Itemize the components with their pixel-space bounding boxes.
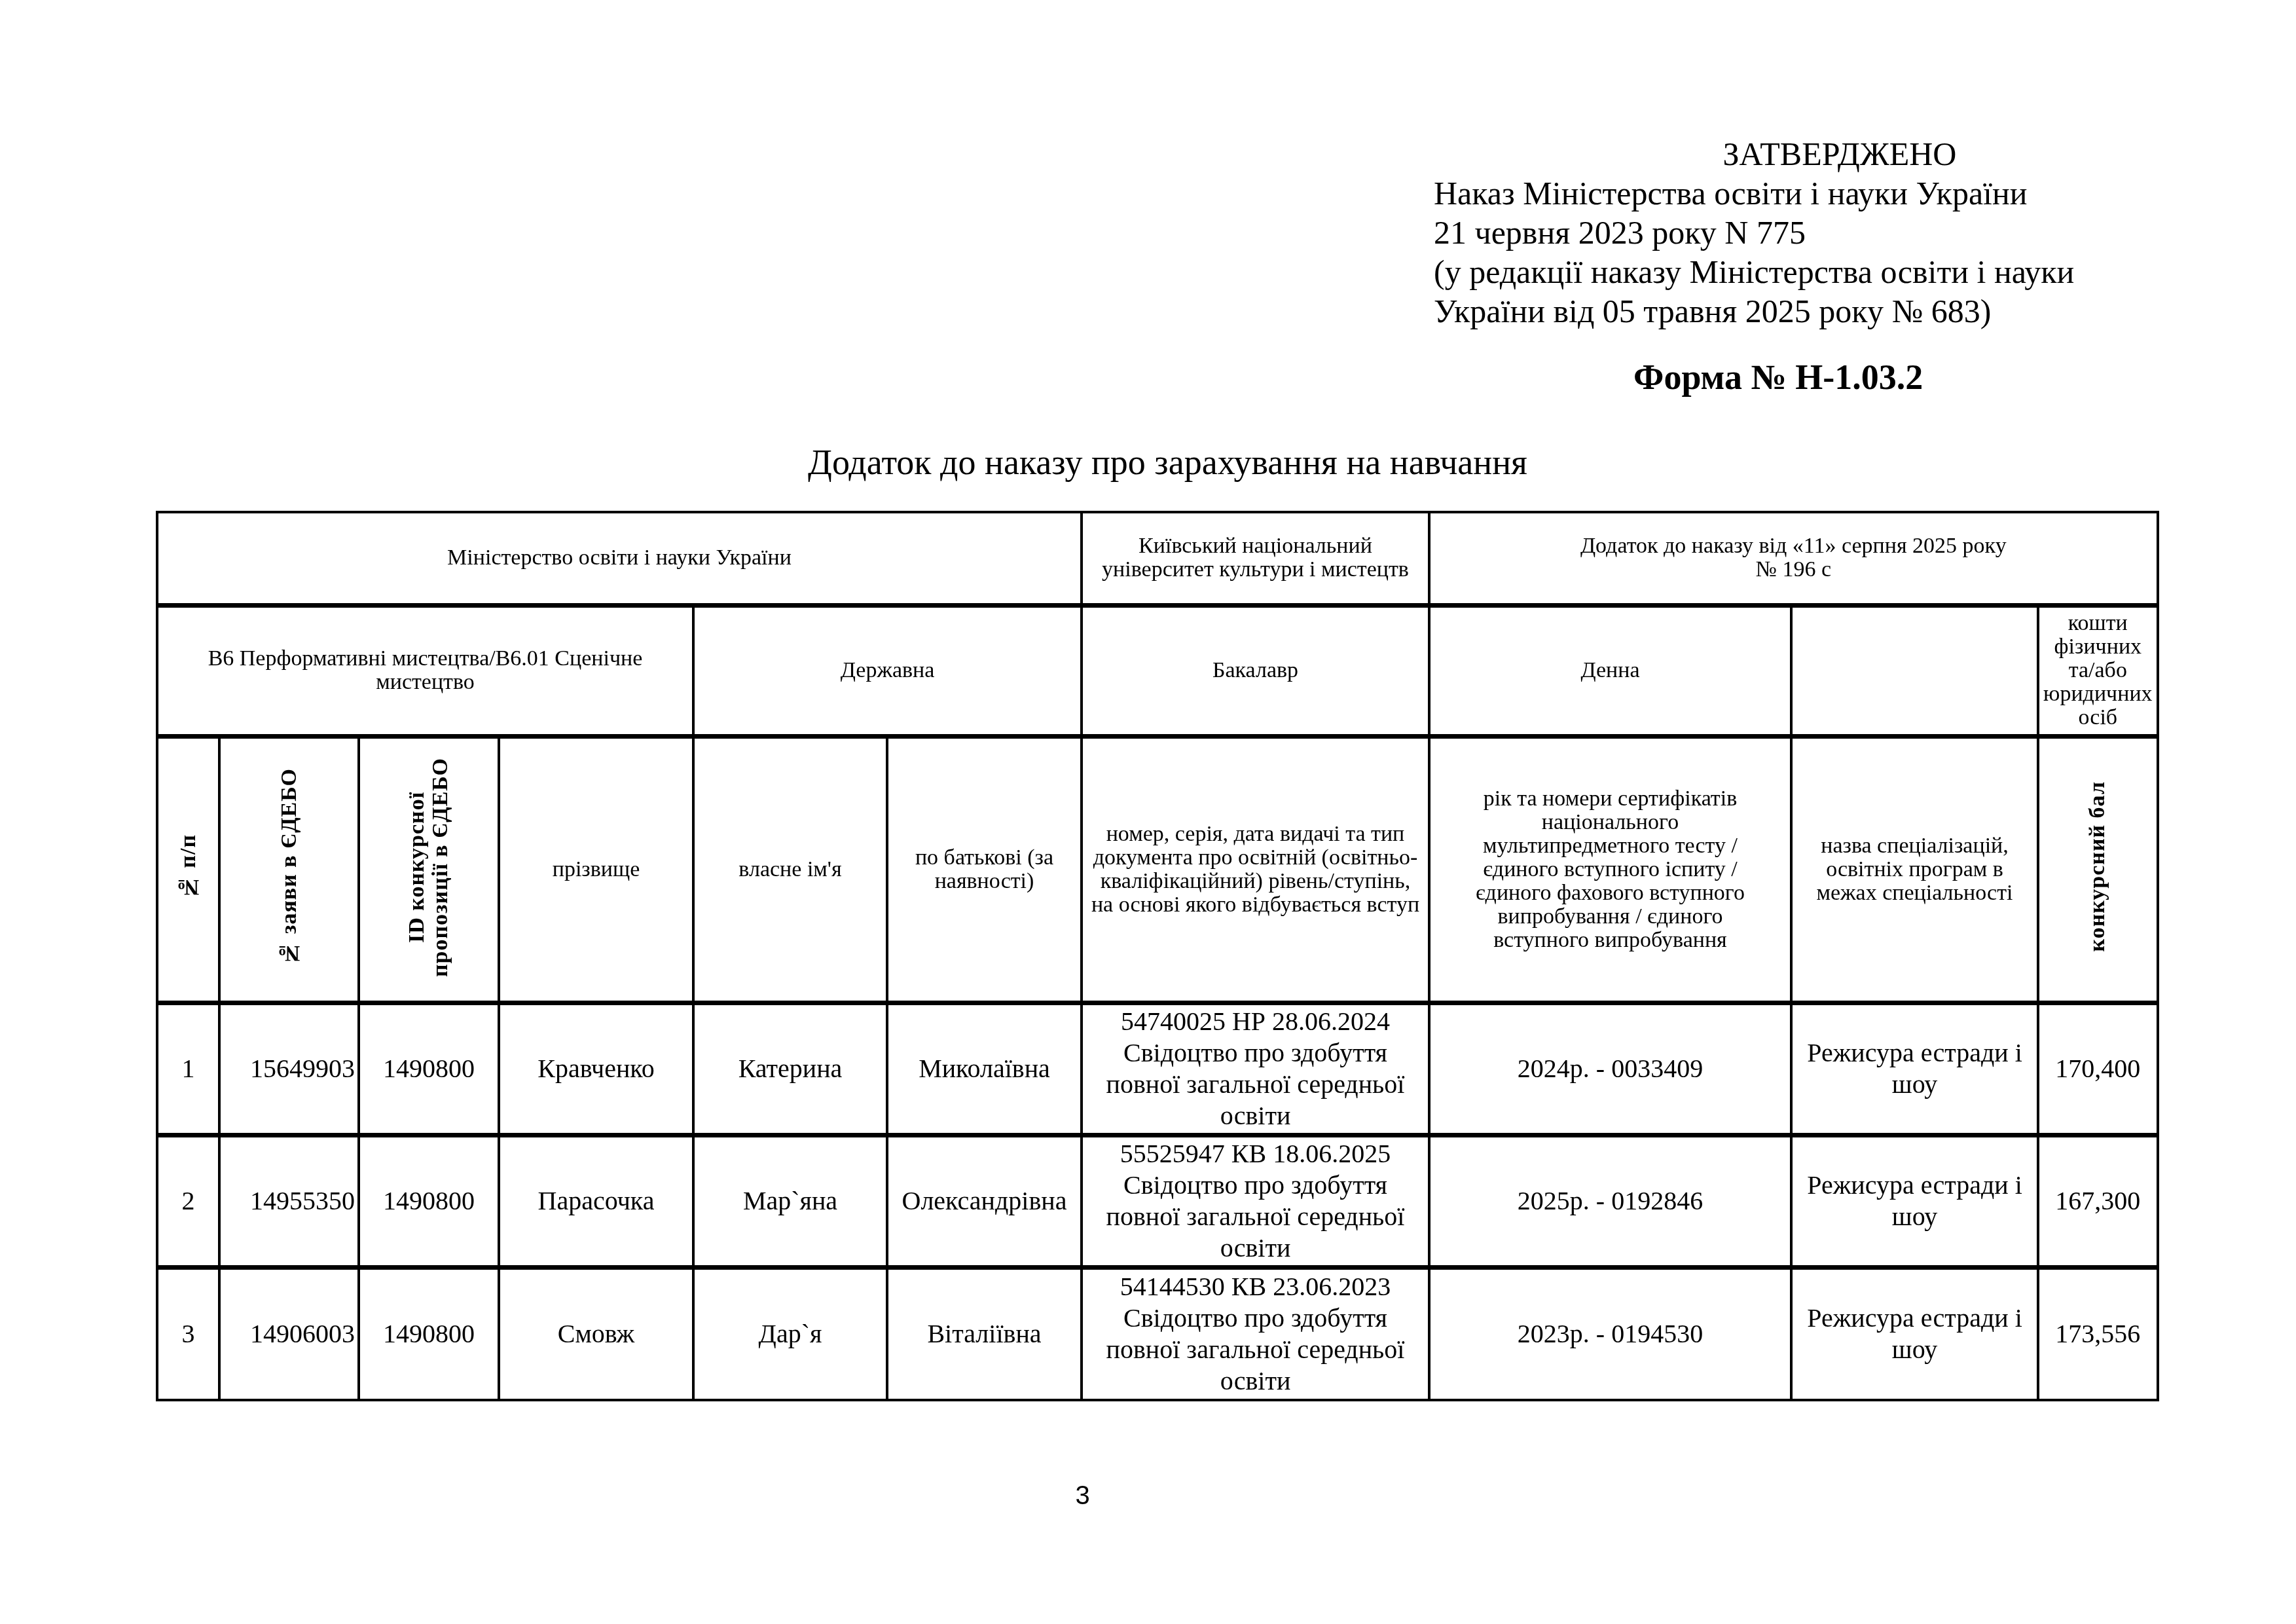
first-name: Катерина bbox=[693, 1003, 887, 1135]
program: Режисура естради і шоу bbox=[1791, 1267, 2038, 1400]
col-header-no-text: № п/п bbox=[177, 834, 200, 899]
row-number: 2 bbox=[157, 1135, 219, 1267]
education-document: 55525947 КВ 18.06.2025 Свідоцтво про здо… bbox=[1082, 1135, 1429, 1267]
approval-block: ЗАТВЕРДЖЕНО Наказ Міністерства освіти і … bbox=[1434, 134, 2219, 331]
approval-line: України від 05 травня 2025 року № 683) bbox=[1434, 291, 2219, 331]
study-form-cell: Денна bbox=[1429, 605, 1791, 736]
col-header-application: № заяви в ЄДЕБО bbox=[219, 736, 359, 1003]
competitive-score: 173,556 bbox=[2038, 1267, 2158, 1400]
empty-cell bbox=[1791, 605, 2038, 736]
header-row-institution: Міністерство освіти і науки України Київ… bbox=[157, 512, 2158, 605]
application-number: 14906003 bbox=[219, 1267, 359, 1400]
surname: Кравченко bbox=[499, 1003, 693, 1135]
certificates: 2023р. - 0194530 bbox=[1429, 1267, 1791, 1400]
education-document: 54144530 КВ 23.06.2023 Свідоцтво про здо… bbox=[1082, 1267, 1429, 1400]
page-number: 3 bbox=[0, 1481, 2165, 1511]
col-header-name: власне ім'я bbox=[693, 736, 887, 1003]
document-title: Додаток до наказу про зарахування на нав… bbox=[0, 442, 2296, 483]
col-header-document: номер, серія, дата видачі та тип докумен… bbox=[1082, 736, 1429, 1003]
col-header-certificates: рік та номери сертифікатів національного… bbox=[1429, 736, 1791, 1003]
form-number: Форма № Н-1.03.2 bbox=[1633, 357, 1923, 397]
header-row-program: В6 Перформативні мистецтва/В6.01 Сценічн… bbox=[157, 605, 2158, 736]
col-header-score: конкурсний бал bbox=[2038, 736, 2158, 1003]
col-header-application-text: № заяви в ЄДЕБО bbox=[278, 768, 301, 965]
approval-line: Наказ Міністерства освіти і науки Україн… bbox=[1434, 174, 2219, 213]
competitive-score: 170,400 bbox=[2038, 1003, 2158, 1135]
col-header-offer-id-text: ID конкурсної пропозиції в ЄДЕБО bbox=[405, 756, 452, 978]
patronymic: Віталіївна bbox=[887, 1267, 1082, 1400]
order-ref-cell: Додаток до наказу від «11» серпня 2025 р… bbox=[1429, 512, 2158, 605]
col-header-no: № п/п bbox=[157, 736, 219, 1003]
table-row: 3 14906003 1490800 Смовж Дар`я Віталіївн… bbox=[157, 1267, 2158, 1400]
offer-id: 1490800 bbox=[359, 1003, 499, 1135]
order-ref-number: № 196 с bbox=[1434, 558, 2153, 581]
application-number: 14955350 bbox=[219, 1135, 359, 1267]
certificates: 2024р. - 0033409 bbox=[1429, 1003, 1791, 1135]
university-cell: Київський національний університет культ… bbox=[1082, 512, 1429, 605]
approval-line: 21 червня 2023 року N 775 bbox=[1434, 213, 2219, 252]
row-number: 1 bbox=[157, 1003, 219, 1135]
col-header-score-text: конкурсний бал bbox=[2086, 781, 2109, 951]
specialty-cell: В6 Перформативні мистецтва/В6.01 Сценічн… bbox=[157, 605, 693, 736]
application-number: 15649903 bbox=[219, 1003, 359, 1135]
col-header-surname: прізвище bbox=[499, 736, 693, 1003]
surname: Парасочка bbox=[499, 1135, 693, 1267]
patronymic: Олександрівна bbox=[887, 1135, 1082, 1267]
education-document: 54740025 НР 28.06.2024 Свідоцтво про здо… bbox=[1082, 1003, 1429, 1135]
funding-source-cell: кошти фізичних та/або юридичних осіб bbox=[2038, 605, 2158, 736]
patronymic: Миколаївна bbox=[887, 1003, 1082, 1135]
ministry-cell: Міністерство освіти і науки України bbox=[157, 512, 1082, 605]
column-header-row: № п/п № заяви в ЄДЕБО ID конкурсної проп… bbox=[157, 736, 2158, 1003]
degree-cell: Бакалавр bbox=[1082, 605, 1429, 736]
funding-type-cell: Державна bbox=[693, 605, 1082, 736]
table-row: 1 15649903 1490800 Кравченко Катерина Ми… bbox=[157, 1003, 2158, 1135]
surname: Смовж bbox=[499, 1267, 693, 1400]
col-header-program: назва спеціалізацій, освітніх програм в … bbox=[1791, 736, 2038, 1003]
approval-heading: ЗАТВЕРДЖЕНО bbox=[1434, 134, 2167, 174]
offer-id: 1490800 bbox=[359, 1267, 499, 1400]
offer-id: 1490800 bbox=[359, 1135, 499, 1267]
competitive-score: 167,300 bbox=[2038, 1135, 2158, 1267]
col-header-offer-id: ID конкурсної пропозиції в ЄДЕБО bbox=[359, 736, 499, 1003]
row-number: 3 bbox=[157, 1267, 219, 1400]
certificates: 2025р. - 0192846 bbox=[1429, 1135, 1791, 1267]
first-name: Мар`яна bbox=[693, 1135, 887, 1267]
program: Режисура естради і шоу bbox=[1791, 1135, 2038, 1267]
enrollment-table: Міністерство освіти і науки України Київ… bbox=[156, 511, 2159, 1401]
program: Режисура естради і шоу bbox=[1791, 1003, 2038, 1135]
table-row: 2 14955350 1490800 Парасочка Мар`яна Оле… bbox=[157, 1135, 2158, 1267]
approval-line: (у редакції наказу Міністерства освіти і… bbox=[1434, 252, 2219, 291]
order-ref-line: Додаток до наказу від «11» серпня 2025 р… bbox=[1434, 534, 2153, 558]
col-header-patronymic: по батькові (за наявності) bbox=[887, 736, 1082, 1003]
first-name: Дар`я bbox=[693, 1267, 887, 1400]
